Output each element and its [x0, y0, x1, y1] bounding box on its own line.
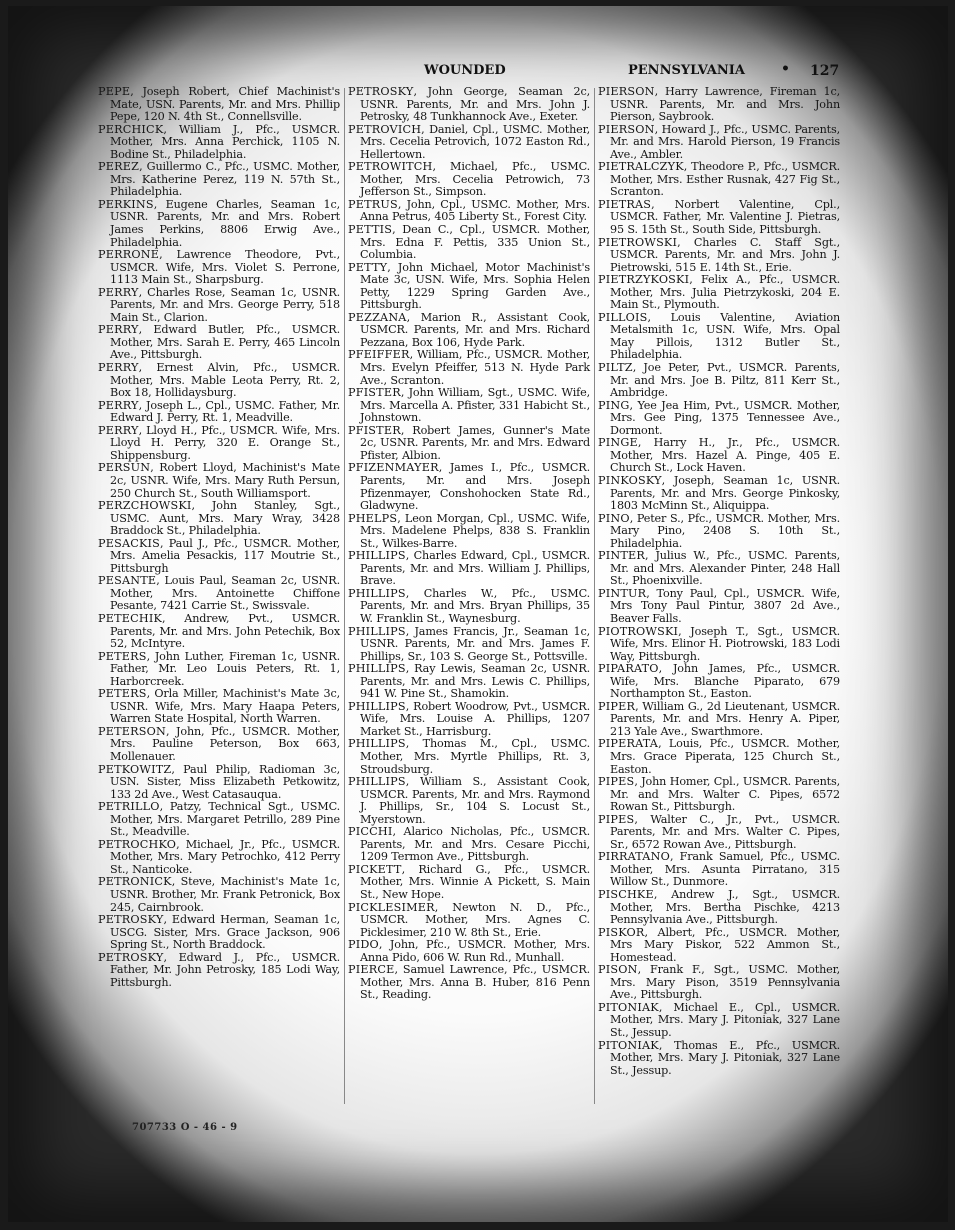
print-code: 707733 O - 46 - 9: [132, 1122, 238, 1133]
list-entry: PETERS, John Luther, Fireman 1c, USNR. F…: [98, 651, 340, 689]
list-entry: PINTUR, Tony Paul, Cpl., USMCR. Wife, Mr…: [598, 588, 840, 626]
list-entry: PETRUS, John, Cpl., USMC. Mother, Mrs. A…: [348, 199, 590, 224]
entry-surname: PERRY: [98, 424, 139, 437]
list-entry: PETECHIK, Andrew, Pvt., USMCR. Parents, …: [98, 613, 340, 651]
entry-surname: PHILLIPS: [348, 549, 406, 562]
list-entry: PIPER, William G., 2d Lieutenant, USMCR.…: [598, 701, 840, 739]
entry-surname: PIOTROWSKI: [598, 625, 678, 638]
entry-surname: PETERSON: [98, 725, 166, 738]
list-entry: PESANTE, Louis Paul, Seaman 2c, USNR. Mo…: [98, 575, 340, 613]
entry-surname: PICKETT: [348, 863, 402, 876]
list-entry: PERRY, Lloyd H., Pfc., USMCR. Wife, Mrs.…: [98, 425, 340, 463]
list-entry: PIETRAS, Norbert Valentine, Cpl., USMCR.…: [598, 199, 840, 237]
list-entry: PEREZ, Guillermo C., Pfc., USMC. Mother,…: [98, 161, 340, 199]
entry-details: , William G., 2d Lieutenant, USMCR. Pare…: [610, 700, 840, 738]
entry-surname: PEREZ: [98, 160, 139, 173]
list-entry: PETROSKY, Edward J., Pfc., USMCR. Father…: [98, 952, 340, 990]
list-entry: PERCHICK, William J., Pfc., USMCR. Mothe…: [98, 124, 340, 162]
entry-surname: PINTER: [598, 549, 645, 562]
entry-surname: PILLOIS: [598, 311, 647, 324]
entry-surname: PISKOR: [598, 926, 644, 939]
entry-surname: PFISTER: [348, 424, 401, 437]
entry-surname: PERCHICK: [98, 123, 163, 136]
entry-details: , Yee Jea Him, Pvt., USMCR. Mother, Mrs.…: [610, 399, 840, 437]
list-entry: PFISTER, John William, Sgt., USMC. Wife,…: [348, 387, 590, 425]
list-entry: PHELPS, Leon Morgan, Cpl., USMC. Wife, M…: [348, 513, 590, 551]
entry-surname: PERRONE: [98, 248, 159, 261]
entry-surname: PHELPS: [348, 512, 397, 525]
entry-surname: PIETRAS: [598, 198, 651, 211]
column-2: PETROSKY, John George, Seaman 2c, USNR. …: [348, 86, 590, 1002]
running-header: WOUNDED PENNSYLVANIA • 127: [98, 61, 838, 83]
list-entry: PERRONE, Lawrence Theodore, Pvt., USMCR.…: [98, 249, 340, 287]
list-entry: PETROCHKO, Michael, Jr., Pfc., USMCR. Mo…: [98, 839, 340, 877]
entry-surname: PESANTE: [98, 574, 156, 587]
entry-surname: PETROCHKO: [98, 838, 176, 851]
list-entry: PEPE, Joseph Robert, Chief Machinist's M…: [98, 86, 340, 124]
list-entry: PITONIAK, Thomas E., Pfc., USMCR. Mother…: [598, 1040, 840, 1078]
entry-surname: PETROVICH: [348, 123, 421, 136]
entry-surname: PHILLIPS: [348, 775, 406, 788]
list-entry: PITONIAK, Michael E., Cpl., USMCR. Mothe…: [598, 1002, 840, 1040]
entry-details: , John Homer, Cpl., USMCR. Parents, Mr. …: [610, 775, 840, 813]
entry-surname: PISCHKE: [598, 888, 654, 901]
entry-details: , Frank F., Sgt., USMC. Mother, Mrs. Mar…: [610, 963, 840, 1001]
column-divider: [594, 88, 595, 1104]
entry-surname: PETECHIK: [98, 612, 162, 625]
entry-surname: PIDO: [348, 938, 379, 951]
list-entry: PHILLIPS, Ray Lewis, Seaman 2c, USNR. Pa…: [348, 663, 590, 701]
list-entry: PIDO, John, Pfc., USMCR. Mother, Mrs. An…: [348, 939, 590, 964]
list-entry: PETERS, Orla Miller, Machinist's Mate 3c…: [98, 688, 340, 726]
entry-surname: PETROWITCH: [348, 160, 432, 173]
list-entry: PETKOWITZ, Paul Philip, Radioman 3c, USN…: [98, 764, 340, 802]
list-entry: PILLOIS, Louis Valentine, Aviation Metal…: [598, 312, 840, 362]
list-entry: PIERSON, Howard J., Pfc., USMC. Parents,…: [598, 124, 840, 162]
list-entry: PIRRATANO, Frank Samuel, Pfc., USMC. Mot…: [598, 851, 840, 889]
entry-details: , John, Pfc., USMCR. Mother, Mrs. Anna P…: [360, 938, 590, 964]
entry-surname: PINTUR: [598, 587, 646, 600]
entry-details: , Samuel Lawrence, Pfc., USMCR. Mother, …: [360, 963, 590, 1001]
entry-surname: PIPERATA: [598, 737, 658, 750]
entry-surname: PICCHI: [348, 825, 392, 838]
list-entry: PILTZ, Joe Peter, Pvt., USMCR. Parents, …: [598, 362, 840, 400]
entry-details: , Peter S., Pfc., USMCR. Mother, Mrs. Ma…: [610, 512, 840, 550]
list-entry: PHILLIPS, Charles W., Pfc., USMC. Parent…: [348, 588, 590, 626]
entry-details: , Ernest Alvin, Pfc., USMCR. Mother, Mrs…: [110, 361, 340, 399]
section-title: WOUNDED: [424, 63, 506, 78]
list-entry: PHILLIPS, Robert Woodrow, Pvt., USMCR. W…: [348, 701, 590, 739]
entry-surname: PIETROWSKI: [598, 236, 677, 249]
list-entry: PETERSON, John, Pfc., USMCR. Mother, Mrs…: [98, 726, 340, 764]
list-entry: PIETROWSKI, Charles C. Staff Sgt., USMCR…: [598, 237, 840, 275]
list-entry: PICCHI, Alarico Nicholas, Pfc., USMCR. P…: [348, 826, 590, 864]
entry-surname: PERKINS: [98, 198, 154, 211]
entry-surname: PETTIS: [348, 223, 392, 236]
entry-surname: PHILLIPS: [348, 662, 406, 675]
entry-surname: PILTZ: [598, 361, 633, 374]
entry-surname: PESACKIS: [98, 537, 160, 550]
list-entry: PERRY, Charles Rose, Seaman 1c, USNR. Pa…: [98, 287, 340, 325]
list-entry: PETROVICH, Daniel, Cpl., USMC. Mother, M…: [348, 124, 590, 162]
list-entry: PERRY, Edward Butler, Pfc., USMCR. Mothe…: [98, 324, 340, 362]
entry-surname: PEZZANA: [348, 311, 407, 324]
entry-surname: PIETRALCZYK: [598, 160, 684, 173]
entry-surname: PERSUN: [98, 461, 150, 474]
entry-details: , Charles Rose, Seaman 1c, USNR. Parents…: [110, 286, 340, 324]
entry-surname: PETERS: [98, 650, 147, 663]
entry-surname: PIERCE: [348, 963, 394, 976]
list-entry: PETROSKY, Edward Herman, Seaman 1c, USCG…: [98, 914, 340, 952]
list-entry: PINO, Peter S., Pfc., USMCR. Mother, Mrs…: [598, 513, 840, 551]
entry-details: , Joseph Robert, Chief Machinist's Mate,…: [110, 85, 340, 123]
entry-surname: PINKOSKY: [598, 474, 662, 487]
list-entry: PHILLIPS, Charles Edward, Cpl., USMCR. P…: [348, 550, 590, 588]
list-entry: PETROWITCH, Michael, Pfc., USMC. Mother,…: [348, 161, 590, 199]
list-entry: PISKOR, Albert, Pfc., USMCR. Mother, Mrs…: [598, 927, 840, 965]
entry-surname: PETRUS: [348, 198, 398, 211]
list-entry: PERRY, Joseph L., Cpl., USMC. Father, Mr…: [98, 400, 340, 425]
entry-surname: PETKOWITZ: [98, 763, 171, 776]
entry-surname: PETRILLO: [98, 800, 160, 813]
list-entry: PETTIS, Dean C., Cpl., USMCR. Mother, Mr…: [348, 224, 590, 262]
list-entry: PIPARATO, John James, Pfc., USMCR. Wife,…: [598, 663, 840, 701]
entry-surname: PICKLESIMER: [348, 901, 435, 914]
entry-details: , Dean C., Cpl., USMCR. Mother, Mrs. Edn…: [360, 223, 590, 261]
list-entry: PIERCE, Samuel Lawrence, Pfc., USMCR. Mo…: [348, 964, 590, 1002]
entry-details: , Lloyd H., Pfc., USMCR. Wife, Mrs. Lloy…: [110, 424, 340, 462]
entry-surname: PITONIAK: [598, 1001, 659, 1014]
entry-surname: PFIZENMAYER: [348, 461, 439, 474]
list-entry: PISON, Frank F., Sgt., USMC. Mother, Mrs…: [598, 964, 840, 1002]
list-entry: PIETRALCZYK, Theodore P., Pfc., USMCR. M…: [598, 161, 840, 199]
page-number: 127: [810, 63, 839, 79]
entry-surname: PETROSKY: [348, 85, 413, 98]
casualty-list: PEPE, Joseph Robert, Chief Machinist's M…: [98, 86, 844, 1106]
entry-details: , John Michael, Motor Machinist's Mate 3…: [360, 261, 590, 312]
list-entry: PERSUN, Robert Lloyd, Machinist's Mate 2…: [98, 462, 340, 500]
list-entry: PEZZANA, Marion R., Assistant Cook, USMC…: [348, 312, 590, 350]
list-entry: PETROSKY, John George, Seaman 2c, USNR. …: [348, 86, 590, 124]
list-entry: PERKINS, Eugene Charles, Seaman 1c, USNR…: [98, 199, 340, 249]
list-entry: PIPES, John Homer, Cpl., USMCR. Parents,…: [598, 776, 840, 814]
entry-surname: PETRONICK: [98, 875, 172, 888]
list-entry: PETRONICK, Steve, Machinist's Mate 1c, U…: [98, 876, 340, 914]
column-divider: [344, 88, 345, 1104]
entry-surname: PEPE: [98, 85, 130, 98]
list-entry: PINGE, Harry H., Jr., Pfc., USMCR. Mothe…: [598, 437, 840, 475]
list-entry: PISCHKE, Andrew J., Sgt., USMCR. Mother,…: [598, 889, 840, 927]
list-entry: PINKOSKY, Joseph, Seaman 1c, USNR. Paren…: [598, 475, 840, 513]
entry-surname: PETERS: [98, 687, 147, 700]
entry-surname: PIPARATO: [598, 662, 659, 675]
state-heading: PENNSYLVANIA: [628, 63, 745, 78]
list-entry: PIOTROWSKI, Joseph T., Sgt., USMCR. Wife…: [598, 626, 840, 664]
entry-details: , Guillermo C., Pfc., USMC. Mother, Mrs.…: [110, 160, 340, 198]
list-entry: PINTER, Julius W., Pfc., USMC. Parents, …: [598, 550, 840, 588]
entry-surname: PFISTER: [348, 386, 401, 399]
bullet-icon: •: [781, 61, 790, 77]
list-entry: PICKLESIMER, Newton N. D., Pfc., USMCR. …: [348, 902, 590, 940]
entry-details: , Joe Peter, Pvt., USMCR. Parents, Mr. a…: [610, 361, 840, 399]
entry-details: , Albert, Pfc., USMCR. Mother, Mrs Mary …: [610, 926, 840, 964]
entry-surname: PIERSON: [598, 85, 655, 98]
list-entry: PESACKIS, Paul J., Pfc., USMCR. Mother, …: [98, 538, 340, 576]
entry-surname: PFEIFFER: [348, 348, 410, 361]
list-entry: PHILLIPS, Thomas M., Cpl., USMC. Mother,…: [348, 738, 590, 776]
scanned-page: WOUNDED PENNSYLVANIA • 127 PEPE, Joseph …: [8, 6, 948, 1222]
entry-surname: PIPES: [598, 813, 634, 826]
entry-details: , Walter C., Jr., Pvt., USMCR. Parents, …: [610, 813, 840, 851]
list-entry: PICKETT, Richard G., Pfc., USMCR. Mother…: [348, 864, 590, 902]
list-entry: PFISTER, Robert James, Gunner's Mate 2c,…: [348, 425, 590, 463]
entry-surname: PERRY: [98, 399, 139, 412]
entry-surname: PISON: [598, 963, 638, 976]
entry-surname: PETROSKY: [98, 951, 163, 964]
entry-surname: PIETRZYKOSKI: [598, 273, 689, 286]
entry-surname: PHILLIPS: [348, 625, 406, 638]
entry-details: , Harry H., Jr., Pfc., USMCR. Mother, Mr…: [610, 436, 840, 474]
entry-surname: PIPES: [598, 775, 634, 788]
entry-surname: PIERSON: [598, 123, 655, 136]
entry-surname: PETTY: [348, 261, 387, 274]
entry-surname: PERZCHOWSKI: [98, 499, 192, 512]
list-entry: PIPERATA, Louis, Pfc., USMCR. Mother, Mr…: [598, 738, 840, 776]
list-entry: PIERSON, Harry Lawrence, Fireman 1c, USN…: [598, 86, 840, 124]
entry-surname: PITONIAK: [598, 1039, 659, 1052]
list-entry: PIPES, Walter C., Jr., Pvt., USMCR. Pare…: [598, 814, 840, 852]
entry-surname: PINO: [598, 512, 630, 525]
entry-surname: PETROSKY: [98, 913, 163, 926]
entry-surname: PING: [598, 399, 629, 412]
list-entry: PIETRZYKOSKI, Felix A., Pfc., USMCR. Mot…: [598, 274, 840, 312]
list-entry: PERRY, Ernest Alvin, Pfc., USMCR. Mother…: [98, 362, 340, 400]
entry-details: , Alarico Nicholas, Pfc., USMCR. Parents…: [360, 825, 590, 863]
list-entry: PFIZENMAYER, James I., Pfc., USMCR. Pare…: [348, 462, 590, 512]
entry-surname: PIRRATANO: [598, 850, 670, 863]
entry-details: , Joseph L., Cpl., USMC. Father, Mr. Edw…: [110, 399, 340, 425]
list-entry: PHILLIPS, James Francis, Jr., Seaman 1c,…: [348, 626, 590, 664]
entry-surname: PHILLIPS: [348, 700, 406, 713]
entry-surname: PERRY: [98, 361, 139, 374]
list-entry: PING, Yee Jea Him, Pvt., USMCR. Mother, …: [598, 400, 840, 438]
entry-surname: PHILLIPS: [348, 737, 406, 750]
list-entry: PETTY, John Michael, Motor Machinist's M…: [348, 262, 590, 312]
list-entry: PFEIFFER, William, Pfc., USMCR. Mother, …: [348, 349, 590, 387]
column-1: PEPE, Joseph Robert, Chief Machinist's M…: [98, 86, 340, 989]
entry-surname: PERRY: [98, 323, 139, 336]
entry-details: , Julius W., Pfc., USMC. Parents, Mr. an…: [610, 549, 840, 587]
entry-surname: PINGE: [598, 436, 638, 449]
list-entry: PHILLIPS, William S., Assistant Cook, US…: [348, 776, 590, 826]
entry-surname: PIPER: [598, 700, 635, 713]
entry-surname: PHILLIPS: [348, 587, 406, 600]
column-3: PIERSON, Harry Lawrence, Fireman 1c, USN…: [598, 86, 840, 1077]
entry-details: , Edward Butler, Pfc., USMCR. Mother, Mr…: [110, 323, 340, 361]
list-entry: PETRILLO, Patzy, Technical Sgt., USMC. M…: [98, 801, 340, 839]
entry-surname: PERRY: [98, 286, 139, 299]
list-entry: PERZCHOWSKI, John Stanley, Sgt., USMC. A…: [98, 500, 340, 538]
